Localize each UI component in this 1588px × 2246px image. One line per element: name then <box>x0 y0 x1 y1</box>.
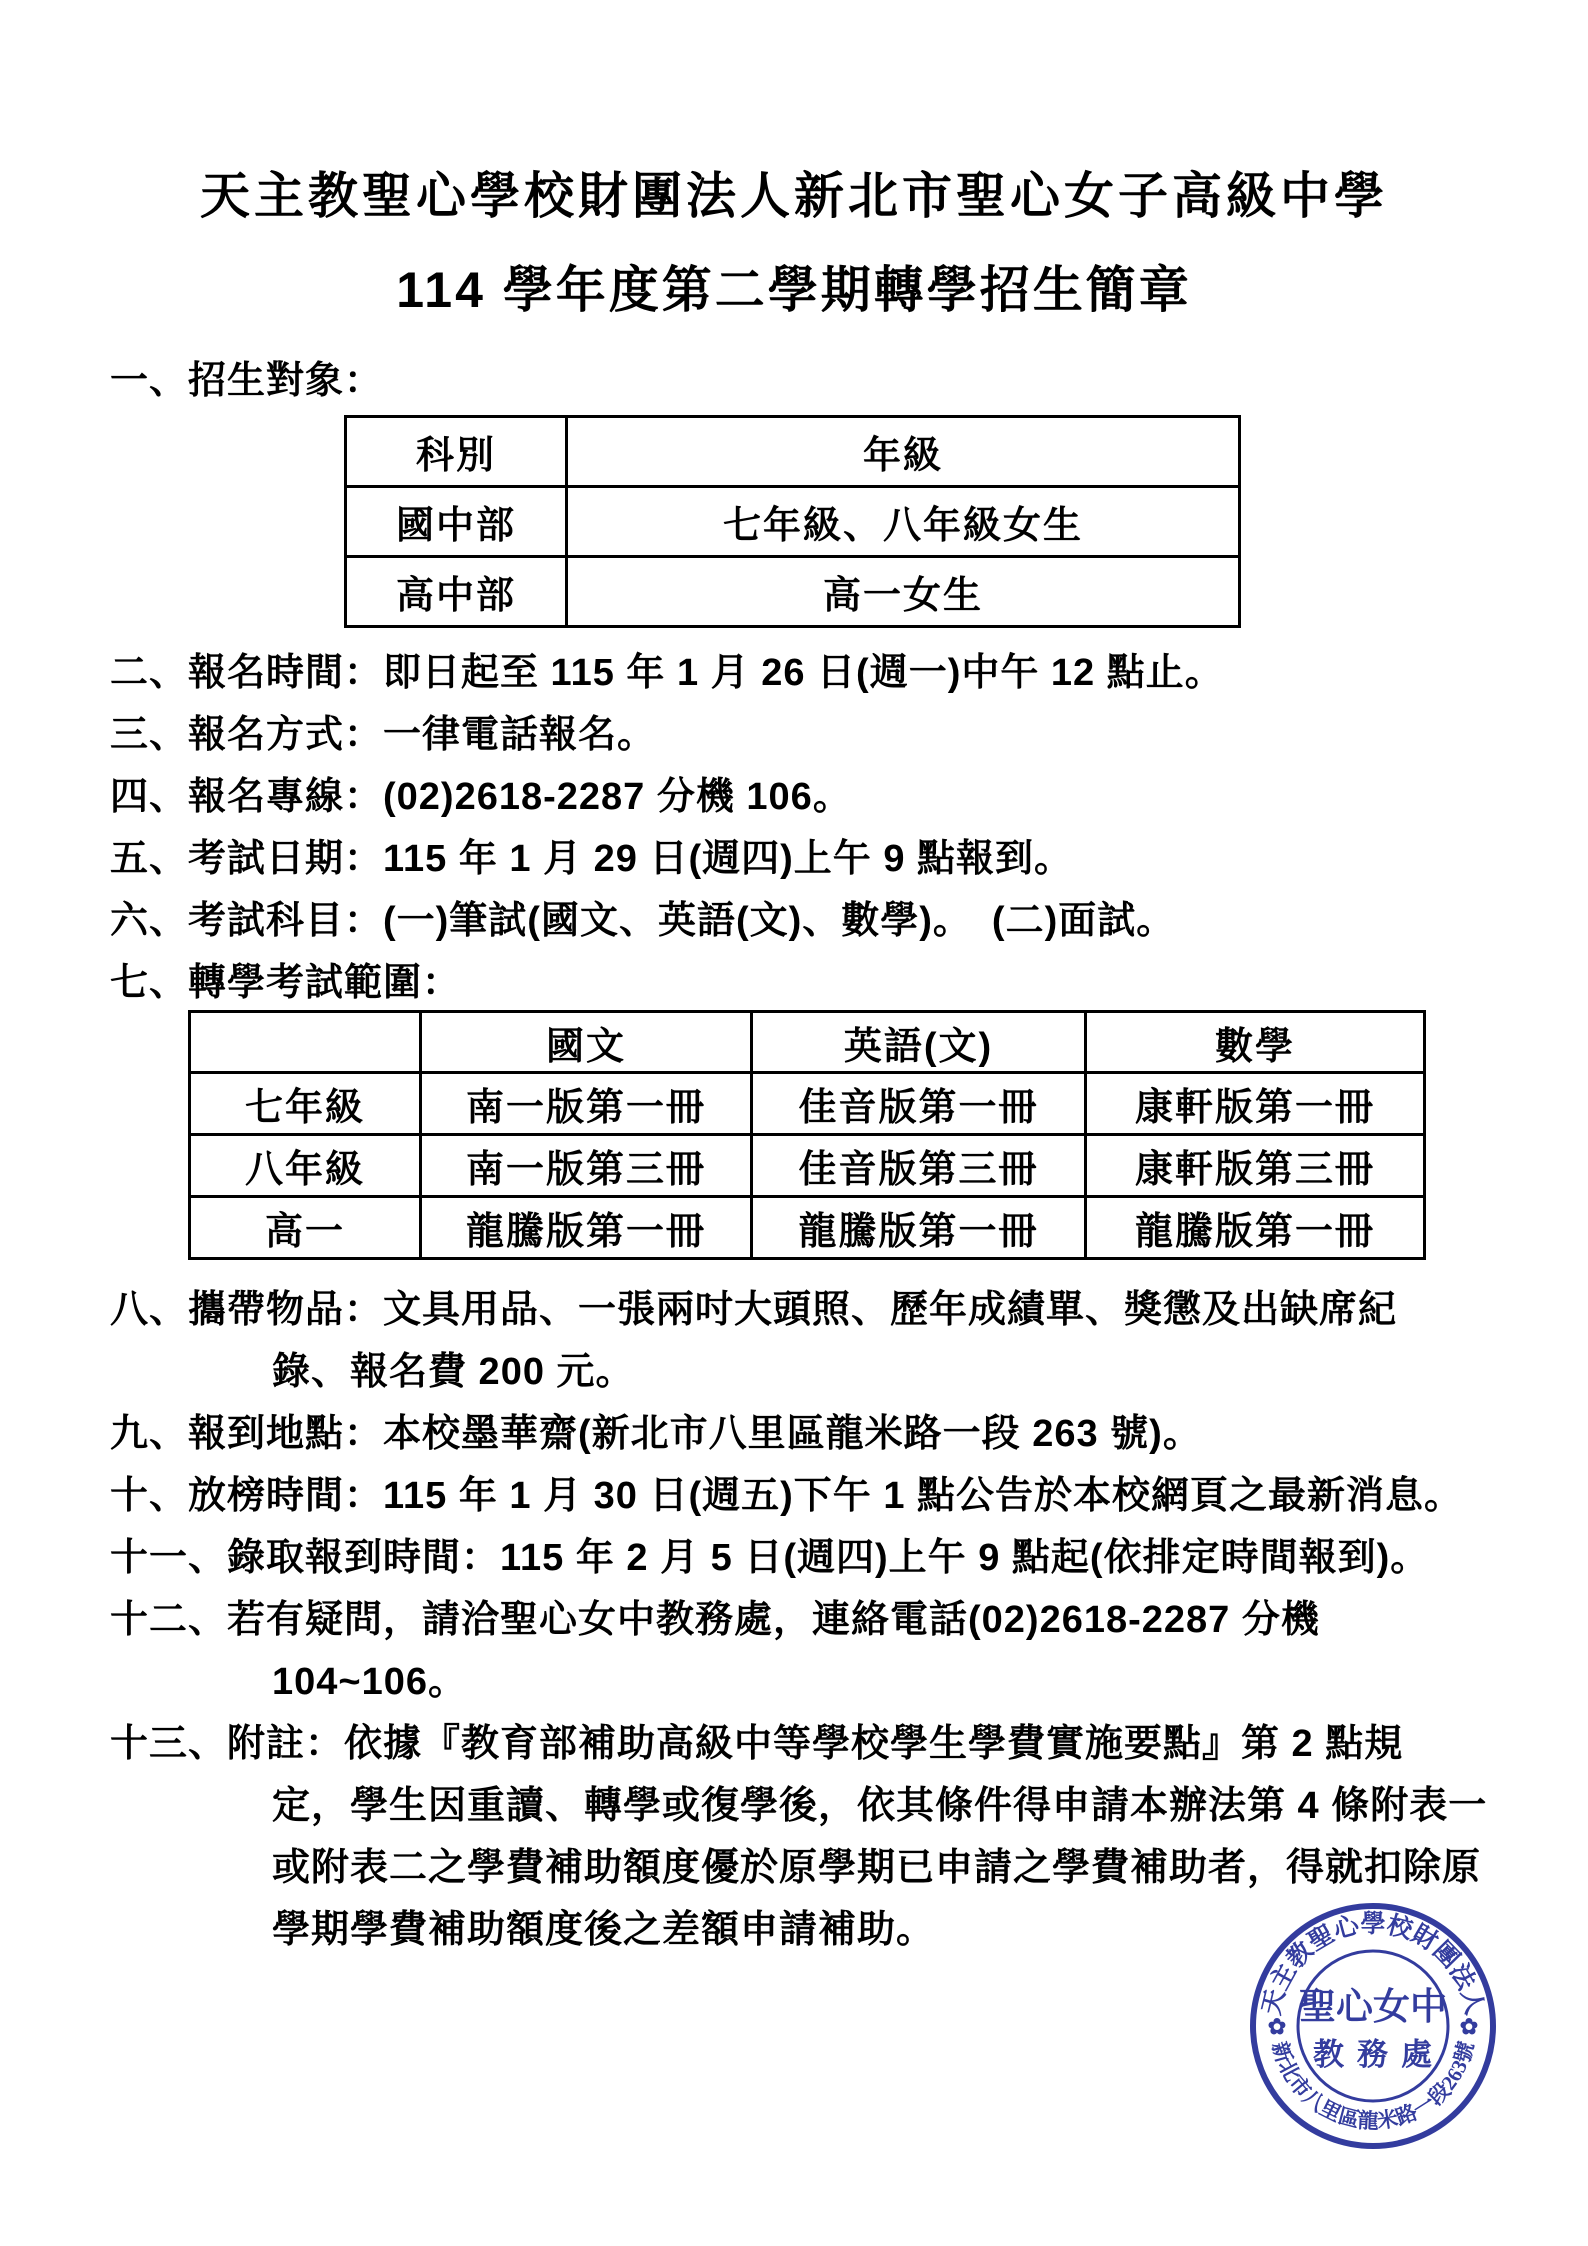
table-cell: 國中部 <box>346 487 567 557</box>
table-header-cell: 科別 <box>346 417 567 487</box>
table-cell: 七年級、八年級女生 <box>567 487 1240 557</box>
page-subtitle: 114 學年度第二學期轉學招生簡章 <box>0 264 1588 316</box>
table-cell: 南一版第三冊 <box>421 1135 752 1197</box>
list-item-12: 十二、若有疑問，請洽聖心女中教務處，連絡電話(02)2618-2287 分機 <box>110 1589 1588 1651</box>
list-items-2-7: 二、報名時間：即日起至 115 年 1 月 26 日(週一)中午 12 點止。 … <box>110 642 1588 1014</box>
table-cell: 佳音版第三冊 <box>752 1135 1086 1197</box>
list-item-13: 十三、附註：依據『教育部補助高級中等學校學生學費實施要點』第 2 點規 <box>110 1713 1588 1775</box>
page-title: 天主教聖心學校財團法人新北市聖心女子高級中學 <box>0 0 1588 222</box>
table-header-cell: 英語(文) <box>752 1012 1086 1073</box>
document-page: 天主教聖心學校財團法人新北市聖心女子高級中學 114 學年度第二學期轉學招生簡章… <box>0 0 1588 2246</box>
table-cell: 龍騰版第一冊 <box>1086 1197 1425 1259</box>
table-cell: 龍騰版第一冊 <box>421 1197 752 1259</box>
table-header-cell <box>190 1012 421 1073</box>
list-items-8-13: 八、攜帶物品：文具用品、一張兩吋大頭照、歷年成績單、獎懲及出缺席紀 錄、報名費 … <box>110 1279 1588 1961</box>
table-row: 高中部 高一女生 <box>346 557 1240 627</box>
list-item-5: 五、考試日期：115 年 1 月 29 日(週四)上午 9 點報到。 <box>110 828 1588 890</box>
list-item-8-continued: 錄、報名費 200 元。 <box>272 1341 1588 1403</box>
document-body: 一、招生對象： 科別 年級 國中部 七年級、八年級女生 高中部 高一女生 二、報… <box>110 350 1588 1961</box>
exam-table-header-row: 國文 英語(文) 數學 <box>190 1012 1425 1073</box>
table-cell: 高一女生 <box>567 557 1240 627</box>
list-item-7: 七、轉學考試範圍： <box>110 952 1588 1014</box>
list-item-2: 二、報名時間：即日起至 115 年 1 月 26 日(週一)中午 12 點止。 <box>110 642 1588 704</box>
table-cell: 八年級 <box>190 1135 421 1197</box>
table-row: 八年級 南一版第三冊 佳音版第三冊 康軒版第三冊 <box>190 1135 1425 1197</box>
list-item-4: 四、報名專線：(02)2618-2287 分機 106。 <box>110 766 1588 828</box>
stamp-flower-right-icon: ✿ <box>1460 2014 1478 2039</box>
list-item-13-continued: 定，學生因重讀、轉學或復學後，依其條件得申請本辦法第 4 條附表一 <box>272 1775 1588 1837</box>
table-cell: 康軒版第一冊 <box>1086 1073 1425 1135</box>
list-item-11: 十一、錄取報到時間：115 年 2 月 5 日(週四)上午 9 點起(依排定時間… <box>110 1527 1588 1589</box>
list-item-3: 三、報名方式：一律電話報名。 <box>110 704 1588 766</box>
list-item-13-continued: 或附表二之學費補助額度優於原學期已申請之學費補助者，得就扣除原 <box>272 1837 1588 1899</box>
admission-table-header-row: 科別 年級 <box>346 417 1240 487</box>
table-header-cell: 數學 <box>1086 1012 1425 1073</box>
stamp-center-line2: 教務處 <box>1313 2037 1445 2072</box>
list-item-8: 八、攜帶物品：文具用品、一張兩吋大頭照、歷年成績單、獎懲及出缺席紀 <box>110 1279 1588 1341</box>
list-item-1: 一、招生對象： <box>110 350 1588 412</box>
table-cell: 康軒版第三冊 <box>1086 1135 1425 1197</box>
table-row: 高一 龍騰版第一冊 龍騰版第一冊 龍騰版第一冊 <box>190 1197 1425 1259</box>
table-cell: 南一版第一冊 <box>421 1073 752 1135</box>
table-cell: 佳音版第一冊 <box>752 1073 1086 1135</box>
list-item-10: 十、放榜時間：115 年 1 月 30 日(週五)下午 1 點公告於本校網頁之最… <box>110 1465 1588 1527</box>
stamp-center-line1: 聖心女中 <box>1299 1986 1447 2028</box>
table-cell: 龍騰版第一冊 <box>752 1197 1086 1259</box>
stamp-flower-left-icon: ✿ <box>1268 2014 1286 2039</box>
table-cell: 七年級 <box>190 1073 421 1135</box>
exam-scope-table: 國文 英語(文) 數學 七年級 南一版第一冊 佳音版第一冊 康軒版第一冊 八年級… <box>188 1010 1426 1260</box>
school-stamp: 天主教聖心學校財團法人 新北市八里區龍米路一段263號 ✿ ✿ 聖心女中 教務處 <box>1248 1901 1498 2151</box>
list-item-9: 九、報到地點：本校墨華齋(新北市八里區龍米路一段 263 號)。 <box>110 1403 1588 1465</box>
table-cell: 高中部 <box>346 557 567 627</box>
table-cell: 高一 <box>190 1197 421 1259</box>
list-item-6: 六、考試科目：(一)筆試(國文、英語(文)、數學)。 (二)面試。 <box>110 890 1588 952</box>
table-row: 七年級 南一版第一冊 佳音版第一冊 康軒版第一冊 <box>190 1073 1425 1135</box>
admission-table: 科別 年級 國中部 七年級、八年級女生 高中部 高一女生 <box>344 415 1241 628</box>
table-header-cell: 國文 <box>421 1012 752 1073</box>
table-header-cell: 年級 <box>567 417 1240 487</box>
list-item-12-continued: 104~106。 <box>272 1651 1588 1713</box>
table-row: 國中部 七年級、八年級女生 <box>346 487 1240 557</box>
